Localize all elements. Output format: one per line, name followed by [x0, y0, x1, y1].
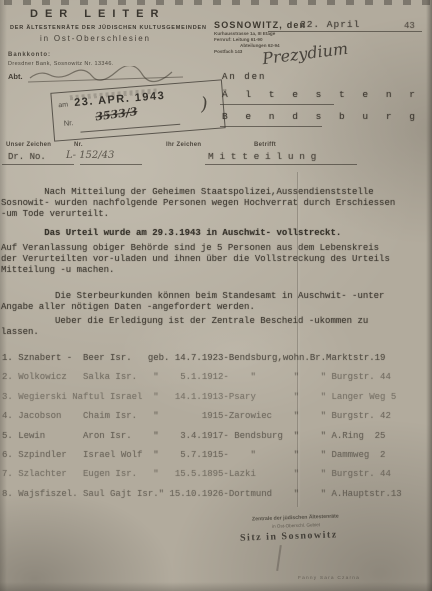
received-stamp: am 23. APR. 1943 Nr. 3533/3 ) [50, 79, 225, 141]
person-row: 7. Szlachter Eugen Isr. " 15.5.1895-Lazk… [2, 465, 432, 484]
stamp-nr-underline [80, 124, 180, 133]
person-row: 1. Sznabert - Beer Isr. geb. 14.7.1923-B… [2, 349, 432, 368]
body-paragraph-2: Das Urteil wurde am 29.3.1943 in Auschwi… [1, 228, 341, 239]
ref-unser-underline [2, 164, 74, 165]
recipient-name: Ä l t e s t e n r a t [222, 89, 432, 100]
recipient-underline-1 [220, 104, 334, 105]
body-paragraph-5: Ueber die Erledigung ist der Zentrale Be… [1, 316, 368, 338]
persons-list: 1. Sznabert - Beer Isr. geb. 14.7.1923-B… [2, 349, 432, 504]
ref-nr-value: L- 152/43 [66, 150, 114, 161]
person-row: 3. Wegierski Naftul Israel " 14.1.1913-P… [2, 388, 432, 407]
person-row: 4. Jacobson Chaim Isr. " 1915-Zarowiec "… [2, 407, 432, 426]
ref-header-ihr-zeichen: Ihr Zeichen [166, 142, 201, 148]
footer-stamp-line2: in Ost-Oberschl. Gebiet [272, 522, 320, 529]
ref-header-unser-zeichen: Unser Zeichen [6, 142, 51, 148]
stamp-nr-label: Nr. [63, 118, 73, 128]
recipient-city: B e n d s b u r g [222, 111, 421, 122]
person-row: 8. Wajsfiszel. Saul Gajt Isr." 15.10.192… [2, 485, 432, 504]
caption-footnote: Fanny Sara Czarna [298, 576, 360, 581]
letterhead-title: DER LEITER [30, 8, 165, 20]
body-paragraph-1: Nach Mitteilung der Geheimen Staatspoliz… [1, 187, 395, 219]
recipient-salutation: An den [222, 72, 266, 82]
body-paragraph-4: Die Sterbeurkunden können beim Standesam… [1, 291, 384, 313]
footer-stamp-seat: Sitz in Sosnowitz [240, 529, 338, 543]
torn-top-edge [4, 0, 432, 5]
abt-handwriting-scribble [28, 66, 188, 84]
dateline-date: 22. April [300, 19, 360, 30]
stamp-paren-mark: ) [200, 94, 209, 115]
scanned-document: DER LEITER DER ÄLTESTENRÄTE DER JÜDISCHE… [0, 0, 432, 591]
body-paragraph-3: Auf Veranlassung obiger Behörde sind je … [1, 243, 390, 275]
stamp-prefix: am [58, 101, 68, 109]
ref-betrifft-value: M i t t e i l u n g [208, 151, 316, 162]
footer-stamp-line1: Zentrale der jüdischen Ältestenräte [252, 513, 339, 522]
date-underline [268, 31, 422, 32]
letterhead-subtitle: DER ÄLTESTENRÄTE DER JÜDISCHEN KULTUSGEM… [10, 25, 207, 31]
stamp-nr-value: 3533/3 [95, 105, 139, 123]
abt-label: Abt. [8, 72, 23, 81]
person-row: 5. Lewin Aron Isr. " 3.4.1917- Bendsburg… [2, 427, 432, 446]
ref-betrifft-underline [205, 164, 357, 165]
dateline-city: SOSNOWITZ, den [214, 20, 306, 30]
ref-header-betrifft: Betrifft [254, 142, 276, 148]
pen-scratch [276, 545, 282, 571]
bank-label: Bankkonto: [8, 52, 51, 58]
letterhead-region: in Ost-Oberschlesien [40, 34, 151, 43]
ref-unser-value: Dr. No. [8, 152, 46, 162]
person-row: 6. Szpindler Israel Wolf " 5.7.1915- " "… [2, 446, 432, 465]
ref-header-nr: Nr. [74, 142, 83, 148]
person-row: 2. Wolkowicz Salka Isr. " 5.1.1912- " " … [2, 368, 432, 387]
dateline-year: 43 [404, 21, 415, 31]
ref-nr-underline [80, 164, 142, 165]
recipient-underline-2 [220, 126, 322, 127]
